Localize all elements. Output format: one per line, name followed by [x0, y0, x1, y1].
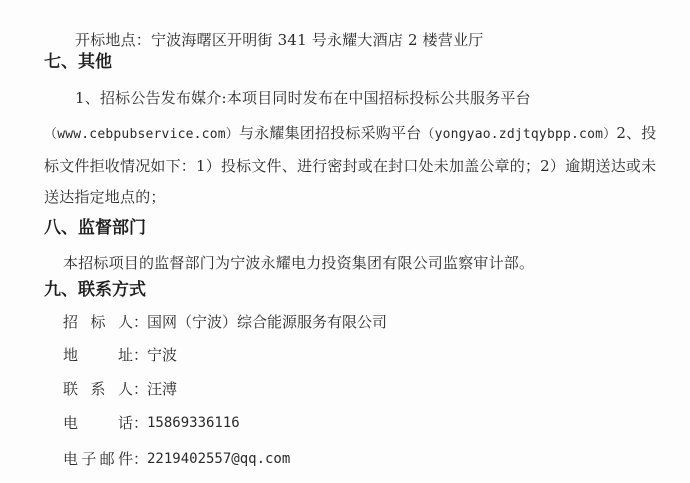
section-9-heading: 九、联系方式: [44, 279, 146, 301]
section-7-item-2-line-1: 标文件拒收情况如下：1）投标文件、进行密封或在封口处未加盖公章的；2）逾期送达或…: [44, 156, 656, 176]
contact-label: 招 标 人: [63, 312, 133, 332]
contact-value: 15869336116: [147, 413, 240, 433]
opening-location-value: 宁波海曙区开明街 341 号永耀大酒店 2 楼营业厅: [151, 31, 483, 49]
contact-colon: ：: [133, 413, 141, 433]
contact-colon: ：: [133, 345, 141, 365]
section-7-item-1-line-2: （www.cebpubservice.com）与永耀集团招投标采购平台（yong…: [44, 123, 657, 145]
item-2-start: 2、投: [616, 124, 656, 142]
opening-location-label: 开标地点：: [75, 31, 151, 49]
section-7-item-1-line-1: 1、招标公告发布媒介:本项目同时发布在中国招标投标公共服务平台: [75, 88, 531, 108]
contact-value: 汪溥: [147, 379, 177, 399]
section-8-heading: 八、监督部门: [44, 217, 146, 239]
section-7-item-2-line-2: 送达指定地点的；: [44, 187, 166, 207]
cebpub-url: （www.cebpubservice.com）: [44, 127, 239, 142]
contact-value: 2219402557@qq.com: [147, 449, 290, 469]
contact-row-tenderer: 招 标 人 ： 国网（宁波）综合能源服务有限公司: [63, 312, 387, 332]
contact-colon: ：: [133, 449, 141, 469]
contact-value: 国网（宁波）综合能源服务有限公司: [147, 312, 387, 332]
contact-label: 地 址: [63, 345, 133, 365]
contact-value: 宁波: [147, 345, 177, 365]
contact-row-email: 电 子 邮 件 ： 2219402557@qq.com: [63, 449, 290, 469]
contact-colon: ：: [133, 312, 141, 332]
platform-text: 与永耀集团招投标采购平台: [239, 124, 421, 142]
contact-label: 联 系 人: [63, 379, 133, 399]
contact-row-address: 地 址 ： 宁波: [63, 345, 177, 365]
opening-location-line: 开标地点：宁波海曙区开明街 341 号永耀大酒店 2 楼营业厅: [75, 30, 483, 50]
contact-row-phone: 电 话 ： 15869336116: [63, 413, 240, 433]
section-8-body: 本招标项目的监督部门为宁波永耀电力投资集团有限公司监察审计部。: [63, 253, 534, 273]
yongyao-url: （yongyao.zdjtqybpp.com）: [421, 127, 616, 142]
section-7-heading: 七、其他: [44, 51, 112, 73]
contact-label: 电 话: [63, 413, 133, 433]
contact-row-contact-person: 联 系 人 ： 汪溥: [63, 379, 177, 399]
contact-colon: ：: [133, 379, 141, 399]
contact-label: 电 子 邮 件: [63, 449, 133, 469]
